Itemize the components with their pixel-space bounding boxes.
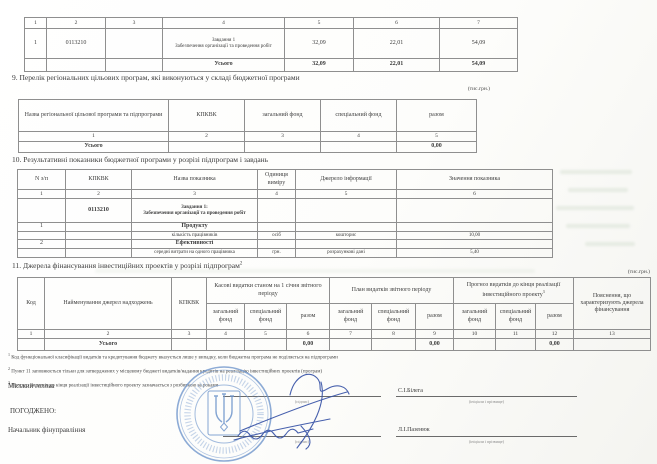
footnote-1: 1 Код функціональної класифікації видатк… bbox=[8, 350, 653, 364]
value-cell: 5,40 bbox=[397, 249, 553, 258]
empty-cell bbox=[66, 249, 132, 258]
col-number: 4 bbox=[321, 132, 397, 142]
trident-emblem-icon bbox=[208, 391, 240, 435]
empty-cell bbox=[169, 142, 245, 153]
category-label: Продукту bbox=[132, 223, 258, 232]
kpkvk-cell: 0113210 bbox=[47, 29, 106, 59]
row-number-cell: 2 bbox=[18, 240, 66, 249]
section10-title: 10. Результативні показники бюджетної пр… bbox=[12, 155, 268, 164]
col-header-code: Код bbox=[18, 278, 45, 330]
col-number: 7 bbox=[440, 18, 518, 29]
empty-cell bbox=[296, 240, 397, 249]
col-number: 1 bbox=[18, 330, 45, 339]
approved-label: ПОГОДЖЕНО: bbox=[10, 407, 56, 415]
empty-cell bbox=[258, 223, 296, 232]
footnote-2: 2 Пункт 11 заповнюється тільки для затве… bbox=[8, 364, 653, 378]
col-number: 13 bbox=[574, 330, 651, 339]
name-caption: (ініціали і прізвище) bbox=[396, 399, 577, 404]
total-label: Усього bbox=[163, 59, 285, 72]
source-cell: кошторис bbox=[296, 232, 397, 240]
footnotes: 1 Код функціональної класифікації видатк… bbox=[8, 350, 653, 392]
performance-indicators-table: N з/п КПКВК Назва показника Одиниця вимі… bbox=[17, 169, 553, 258]
total-row: Усього 0,00 bbox=[19, 142, 477, 153]
col-number: 4 bbox=[207, 330, 245, 339]
mayor-name: С.І.Білега bbox=[398, 388, 423, 394]
indicator-row: середні витрати на одного працівника грн… bbox=[18, 249, 553, 258]
col-header-general-fund: загальний фонд bbox=[245, 100, 321, 132]
col-number: 4 bbox=[163, 18, 285, 29]
plan-total: 0,00 bbox=[416, 339, 454, 351]
col-header-value: Значення показника bbox=[397, 170, 553, 190]
footnote-marker: 3 bbox=[543, 290, 545, 294]
category-label: Ефективності bbox=[132, 240, 258, 249]
col-header-general-fund: загальний фонд bbox=[454, 304, 496, 330]
col-header-together: разом bbox=[287, 304, 330, 330]
col-number: 6 bbox=[287, 330, 330, 339]
col-number: 1 bbox=[25, 18, 47, 29]
empty-cell bbox=[106, 59, 163, 72]
col-header-source-name: Найменування джерел надходжень bbox=[45, 278, 172, 330]
task-name-cell: Завдання 1: Забезпечення організації та … bbox=[132, 199, 258, 223]
kpkvk-cell: 0113210 bbox=[66, 199, 132, 223]
empty-cell bbox=[330, 339, 372, 351]
empty-cell bbox=[18, 339, 45, 351]
signature-caption: (підпис) bbox=[223, 439, 381, 444]
empty-cell bbox=[66, 240, 132, 249]
col-header-indicator-name: Назва показника bbox=[132, 170, 258, 190]
col-number: 1 bbox=[18, 190, 66, 199]
col-number: 10 bbox=[454, 330, 496, 339]
header-row: Назва регіональної цільової програми та … bbox=[19, 100, 477, 132]
bleed-artifact bbox=[560, 170, 632, 174]
empty-cell bbox=[172, 339, 207, 351]
empty-cell bbox=[296, 223, 397, 232]
col-number: 2 bbox=[47, 18, 106, 29]
fin-signature-line bbox=[223, 436, 381, 437]
empty-cell bbox=[207, 339, 245, 351]
col-header-forecast-group: Прогноз видатків до кінця реалізації інв… bbox=[454, 278, 574, 304]
empty-cell bbox=[245, 339, 287, 351]
col-number: 2 bbox=[45, 330, 172, 339]
general-fund-value: 32,09 bbox=[285, 29, 354, 59]
indicator-name: середні витрати на одного працівника bbox=[132, 249, 258, 258]
col-number: 7 bbox=[330, 330, 372, 339]
col-number: 11 bbox=[496, 330, 536, 339]
indicator-category-row: 2 Ефективності bbox=[18, 240, 553, 249]
grand-total: 54,09 bbox=[440, 59, 518, 72]
funding-sources-table: Код Найменування джерел надходжень КПКВК… bbox=[17, 277, 651, 351]
col-header-special-fund: спеціальний фонд bbox=[245, 304, 287, 330]
row-number-cell bbox=[18, 249, 66, 258]
col-number: 3 bbox=[132, 190, 258, 199]
empty-cell bbox=[245, 142, 321, 153]
col-header-cash-group: Касові видатки станом на 1 січня звітног… bbox=[207, 278, 330, 304]
unit-cell: грн. bbox=[258, 249, 296, 258]
column-number-row: 1 2 3 4 5 6 7 bbox=[25, 18, 518, 29]
col-number: 6 bbox=[397, 190, 553, 199]
col-number: 5 bbox=[285, 18, 354, 29]
mayor-signature-line bbox=[223, 396, 381, 397]
forecast-total: 0,00 bbox=[536, 339, 574, 351]
empty-cell bbox=[258, 240, 296, 249]
row-number-cell bbox=[18, 232, 66, 240]
row-number-cell bbox=[18, 199, 66, 223]
total-value: 54,09 bbox=[440, 29, 518, 59]
scanned-budget-document-page: 1 2 3 4 5 6 7 1 0113210 Завдання 1 Забез… bbox=[0, 0, 657, 464]
mayor-title-label: Міський голова bbox=[8, 382, 55, 390]
task-row: 0113210 Завдання 1: Забезпечення організ… bbox=[18, 199, 553, 223]
task-name-cell: Завдання 1 Забезпечення організації та п… bbox=[163, 29, 285, 59]
empty-cell bbox=[258, 199, 296, 223]
col-number: 3 bbox=[245, 132, 321, 142]
col-number: 4 bbox=[258, 190, 296, 199]
fin-director-title-label: Начальник фінуправління bbox=[8, 426, 85, 434]
col-header-special-fund: спеціальний фонд bbox=[321, 100, 397, 132]
indicator-category-row: 1 Продукту bbox=[18, 223, 553, 232]
header-group-row: Код Найменування джерел надходжень КПКВК… bbox=[18, 278, 651, 304]
regional-programs-table: Назва регіональної цільової програми та … bbox=[18, 99, 477, 153]
col-header-special-fund: спеціальний фонд bbox=[372, 304, 416, 330]
fin-ink-signature bbox=[238, 429, 313, 439]
empty-cell bbox=[321, 142, 397, 153]
empty-cell bbox=[454, 339, 496, 351]
col-number: 6 bbox=[354, 18, 440, 29]
indicator-row: кількість працівників осіб кошторис 10,0… bbox=[18, 232, 553, 240]
table-row: 1 0113210 Завдання 1 Забезпечення органі… bbox=[25, 29, 518, 59]
source-cell: розрахункові дані bbox=[296, 249, 397, 258]
empty-cell bbox=[66, 232, 132, 240]
col-header-general-fund: загальний фонд bbox=[207, 304, 245, 330]
bleed-artifact bbox=[568, 188, 628, 192]
row-number-cell: 1 bbox=[25, 29, 47, 59]
col-header-kpkvk: КПКВК bbox=[169, 100, 245, 132]
col-number: 2 bbox=[169, 132, 245, 142]
col-header-explanation: Пояснення, що характеризують джерела фін… bbox=[574, 278, 651, 330]
header-row: N з/п КПКВК Назва показника Одиниця вимі… bbox=[18, 170, 553, 190]
empty-cell bbox=[106, 29, 163, 59]
col-number: 2 bbox=[66, 190, 132, 199]
col-header-special-fund: спеціальний фонд bbox=[496, 304, 536, 330]
section11-title: 11. Джерела фінансування інвестиційних п… bbox=[12, 261, 242, 270]
col-number: 5 bbox=[296, 190, 397, 199]
col-header-together: разом bbox=[416, 304, 454, 330]
column-number-row: 1 2 3 4 5 6 7 8 9 10 11 12 13 bbox=[18, 330, 651, 339]
total-label: Усього bbox=[19, 142, 169, 153]
empty-cell bbox=[296, 199, 397, 223]
total-row: Усього 32,09 22,01 54,09 bbox=[25, 59, 518, 72]
bleed-artifact bbox=[556, 206, 634, 210]
empty-cell bbox=[372, 339, 416, 351]
signature-caption: (підпис) bbox=[223, 399, 381, 404]
bleed-artifact bbox=[585, 242, 635, 246]
col-number: 8 bbox=[372, 330, 416, 339]
fin-name-line bbox=[396, 436, 577, 437]
column-number-row: 1 2 3 4 5 bbox=[19, 132, 477, 142]
col-header-kpkvk: КПКВК bbox=[172, 278, 207, 330]
section9-title: 9. Перелік регіональних цільових програм… bbox=[12, 73, 300, 82]
task-description: Забезпечення організації та проведення р… bbox=[164, 44, 283, 50]
unit-cell: осіб bbox=[258, 232, 296, 240]
empty-cell bbox=[574, 339, 651, 351]
task-description: Забезпечення організації та проведення р… bbox=[133, 211, 256, 217]
col-number: 5 bbox=[245, 330, 287, 339]
top-summary-table: 1 2 3 4 5 6 7 1 0113210 Завдання 1 Забез… bbox=[24, 17, 518, 72]
col-header-source: Джерело інформації bbox=[296, 170, 397, 190]
col-number: 9 bbox=[416, 330, 454, 339]
mayor-name-line bbox=[396, 396, 577, 397]
col-number: 12 bbox=[536, 330, 574, 339]
empty-cell bbox=[47, 59, 106, 72]
name-caption: (ініціали і прізвище) bbox=[396, 439, 577, 444]
col-header-plan-group: План видатків звітного періоду bbox=[330, 278, 454, 304]
footnote-3: 3 Прогноз видатків до кінця реалізації і… bbox=[8, 378, 653, 392]
col-header-total: разом bbox=[397, 100, 477, 132]
column-number-row: 1 2 3 4 5 6 bbox=[18, 190, 553, 199]
empty-cell bbox=[25, 59, 47, 72]
row-number-cell: 1 bbox=[18, 223, 66, 232]
col-number: 1 bbox=[19, 132, 169, 142]
grand-total: 0,00 bbox=[397, 142, 477, 153]
col-header-unit: Одиниця виміру bbox=[258, 170, 296, 190]
general-fund-total: 32,09 bbox=[285, 59, 354, 72]
empty-cell bbox=[397, 240, 553, 249]
special-fund-total: 22,01 bbox=[354, 59, 440, 72]
bleed-artifact bbox=[566, 224, 630, 228]
footnote-marker: 2 bbox=[240, 262, 242, 267]
empty-cell bbox=[496, 339, 536, 351]
value-cell: 10,00 bbox=[397, 232, 553, 240]
col-header-general-fund: загальний фонд bbox=[330, 304, 372, 330]
indicator-name: кількість працівників bbox=[132, 232, 258, 240]
special-fund-value: 22,01 bbox=[354, 29, 440, 59]
col-number: 5 bbox=[397, 132, 477, 142]
col-number: 3 bbox=[172, 330, 207, 339]
col-header-row-number: N з/п bbox=[18, 170, 66, 190]
cash-total: 0,00 bbox=[287, 339, 330, 351]
fin-director-name: Л.І.Пазенюк bbox=[398, 427, 430, 433]
total-label: Усього bbox=[45, 339, 172, 351]
col-number: 3 bbox=[106, 18, 163, 29]
empty-cell bbox=[66, 223, 132, 232]
section9-units-label: (тис.грн.) bbox=[440, 86, 490, 92]
empty-cell bbox=[397, 199, 553, 223]
col-header-together: разом bbox=[536, 304, 574, 330]
total-row: Усього 0,00 0,00 0,00 bbox=[18, 339, 651, 351]
col-header-kpkvk: КПКВК bbox=[66, 170, 132, 190]
section11-units-label: (тис.грн.) bbox=[600, 269, 650, 275]
col-header-program-name: Назва регіональної цільової програми та … bbox=[19, 100, 169, 132]
empty-cell bbox=[397, 223, 553, 232]
